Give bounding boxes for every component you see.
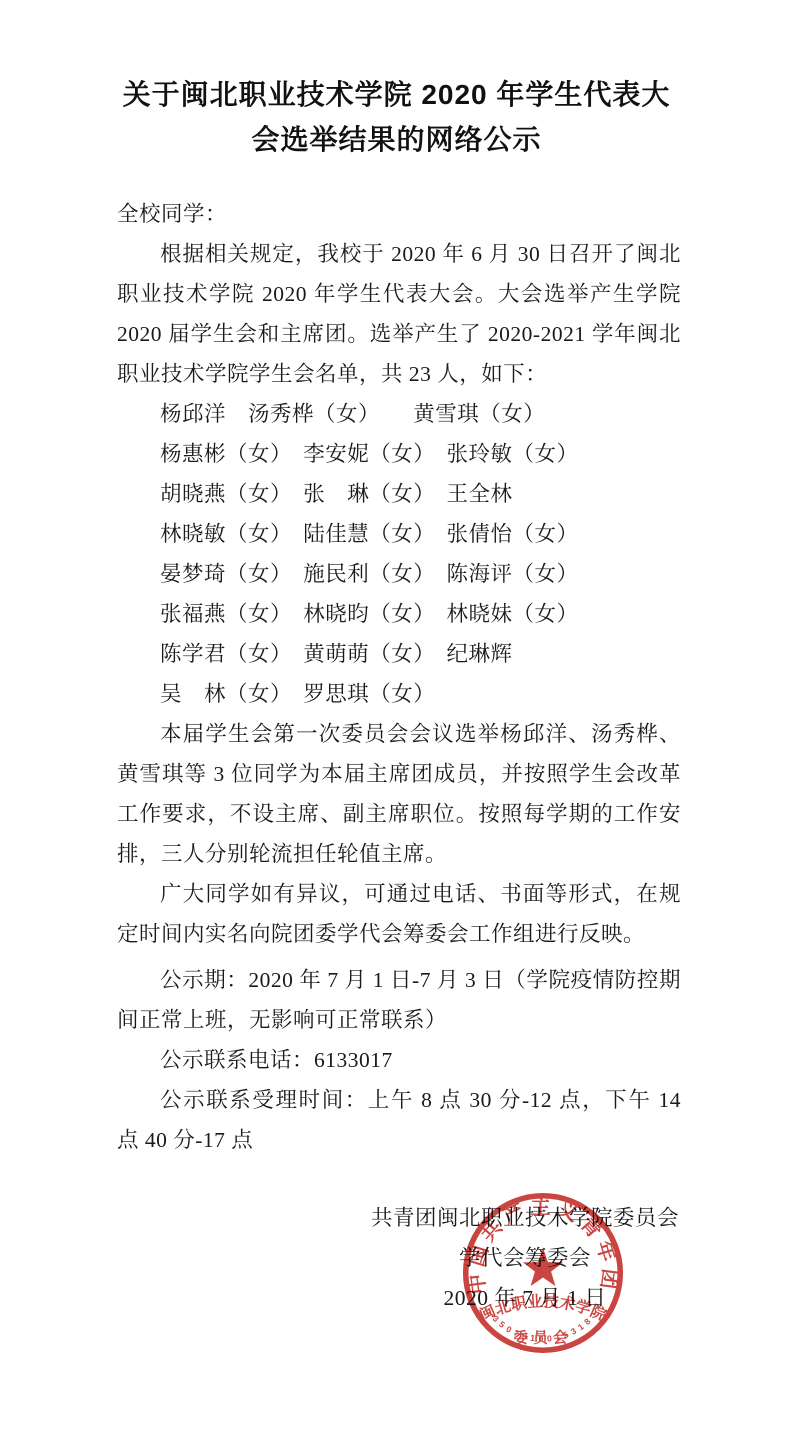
- name-row: 晏梦琦（女） 施民利（女） 陈海评（女）: [117, 554, 681, 594]
- seal-committee-text: 委员会: [513, 1329, 572, 1347]
- signature-date: 2020 年 7 月 1 日: [357, 1278, 693, 1318]
- paragraph-contact-hours: 公示联系受理时间：上午 8 点 30 分-12 点，下午 14 点 40 分-1…: [117, 1080, 681, 1160]
- paragraph-public-period: 公示期：2020 年 7 月 1 日-7 月 3 日（学院疫情防控期间正常上班，…: [117, 960, 681, 1040]
- salutation: 全校同学：: [117, 194, 681, 234]
- document-page: 关于闽北职业技术学院 2020 年学生代表大 会选举结果的网络公示 全校同学： …: [0, 0, 793, 1433]
- signature-committee: 学代会筹委会: [357, 1238, 693, 1278]
- name-row: 胡晓燕（女） 张 琳（女） 王全林: [117, 474, 681, 514]
- paragraph-contact-phone: 公示联系电话：6133017: [117, 1040, 681, 1080]
- paragraph-intro: 根据相关规定，我校于 2020 年 6 月 30 日召开了闽北职业技术学院 20…: [117, 234, 681, 394]
- name-row: 杨邱洋 汤秀桦（女） 黄雪琪（女）: [117, 394, 681, 434]
- paragraph-election: 本届学生会第一次委员会会议选举杨邱洋、汤秀桦、黄雪琪等 3 位同学为本届主席团成…: [117, 714, 681, 874]
- name-row: 陈学君（女） 黄萌萌（女） 纪琳辉: [117, 634, 681, 674]
- page-title-line-1: 关于闽北职业技术学院 2020 年学生代表大: [0, 72, 793, 117]
- page-title-line-2: 会选举结果的网络公示: [0, 117, 793, 162]
- svg-text:3507810015318: 3507810015318: [491, 1314, 596, 1344]
- page-title: 关于闽北职业技术学院 2020 年学生代表大 会选举结果的网络公示: [0, 0, 793, 162]
- signature-block: 共青团闽北职业技术学院委员会 学代会筹委会 2020 年 7 月 1 日: [357, 1198, 693, 1318]
- signature-org: 共青团闽北职业技术学院委员会: [357, 1198, 693, 1238]
- name-row: 杨惠彬（女） 李安妮（女） 张玲敏（女）: [117, 434, 681, 474]
- name-row: 张福燕（女） 林晓昀（女） 林晓妹（女）: [117, 594, 681, 634]
- name-row: 林晓敏（女） 陆佳慧（女） 张倩怡（女）: [117, 514, 681, 554]
- document-body: 全校同学： 根据相关规定，我校于 2020 年 6 月 30 日召开了闽北职业技…: [117, 194, 681, 1160]
- paragraph-objection: 广大同学如有异议，可通过电话、书面等形式，在规定时间内实名向院团委学代会筹委会工…: [117, 874, 681, 954]
- name-row: 吴 林（女） 罗思琪（女）: [117, 674, 681, 714]
- seal-code: 3507810015318: [491, 1314, 596, 1344]
